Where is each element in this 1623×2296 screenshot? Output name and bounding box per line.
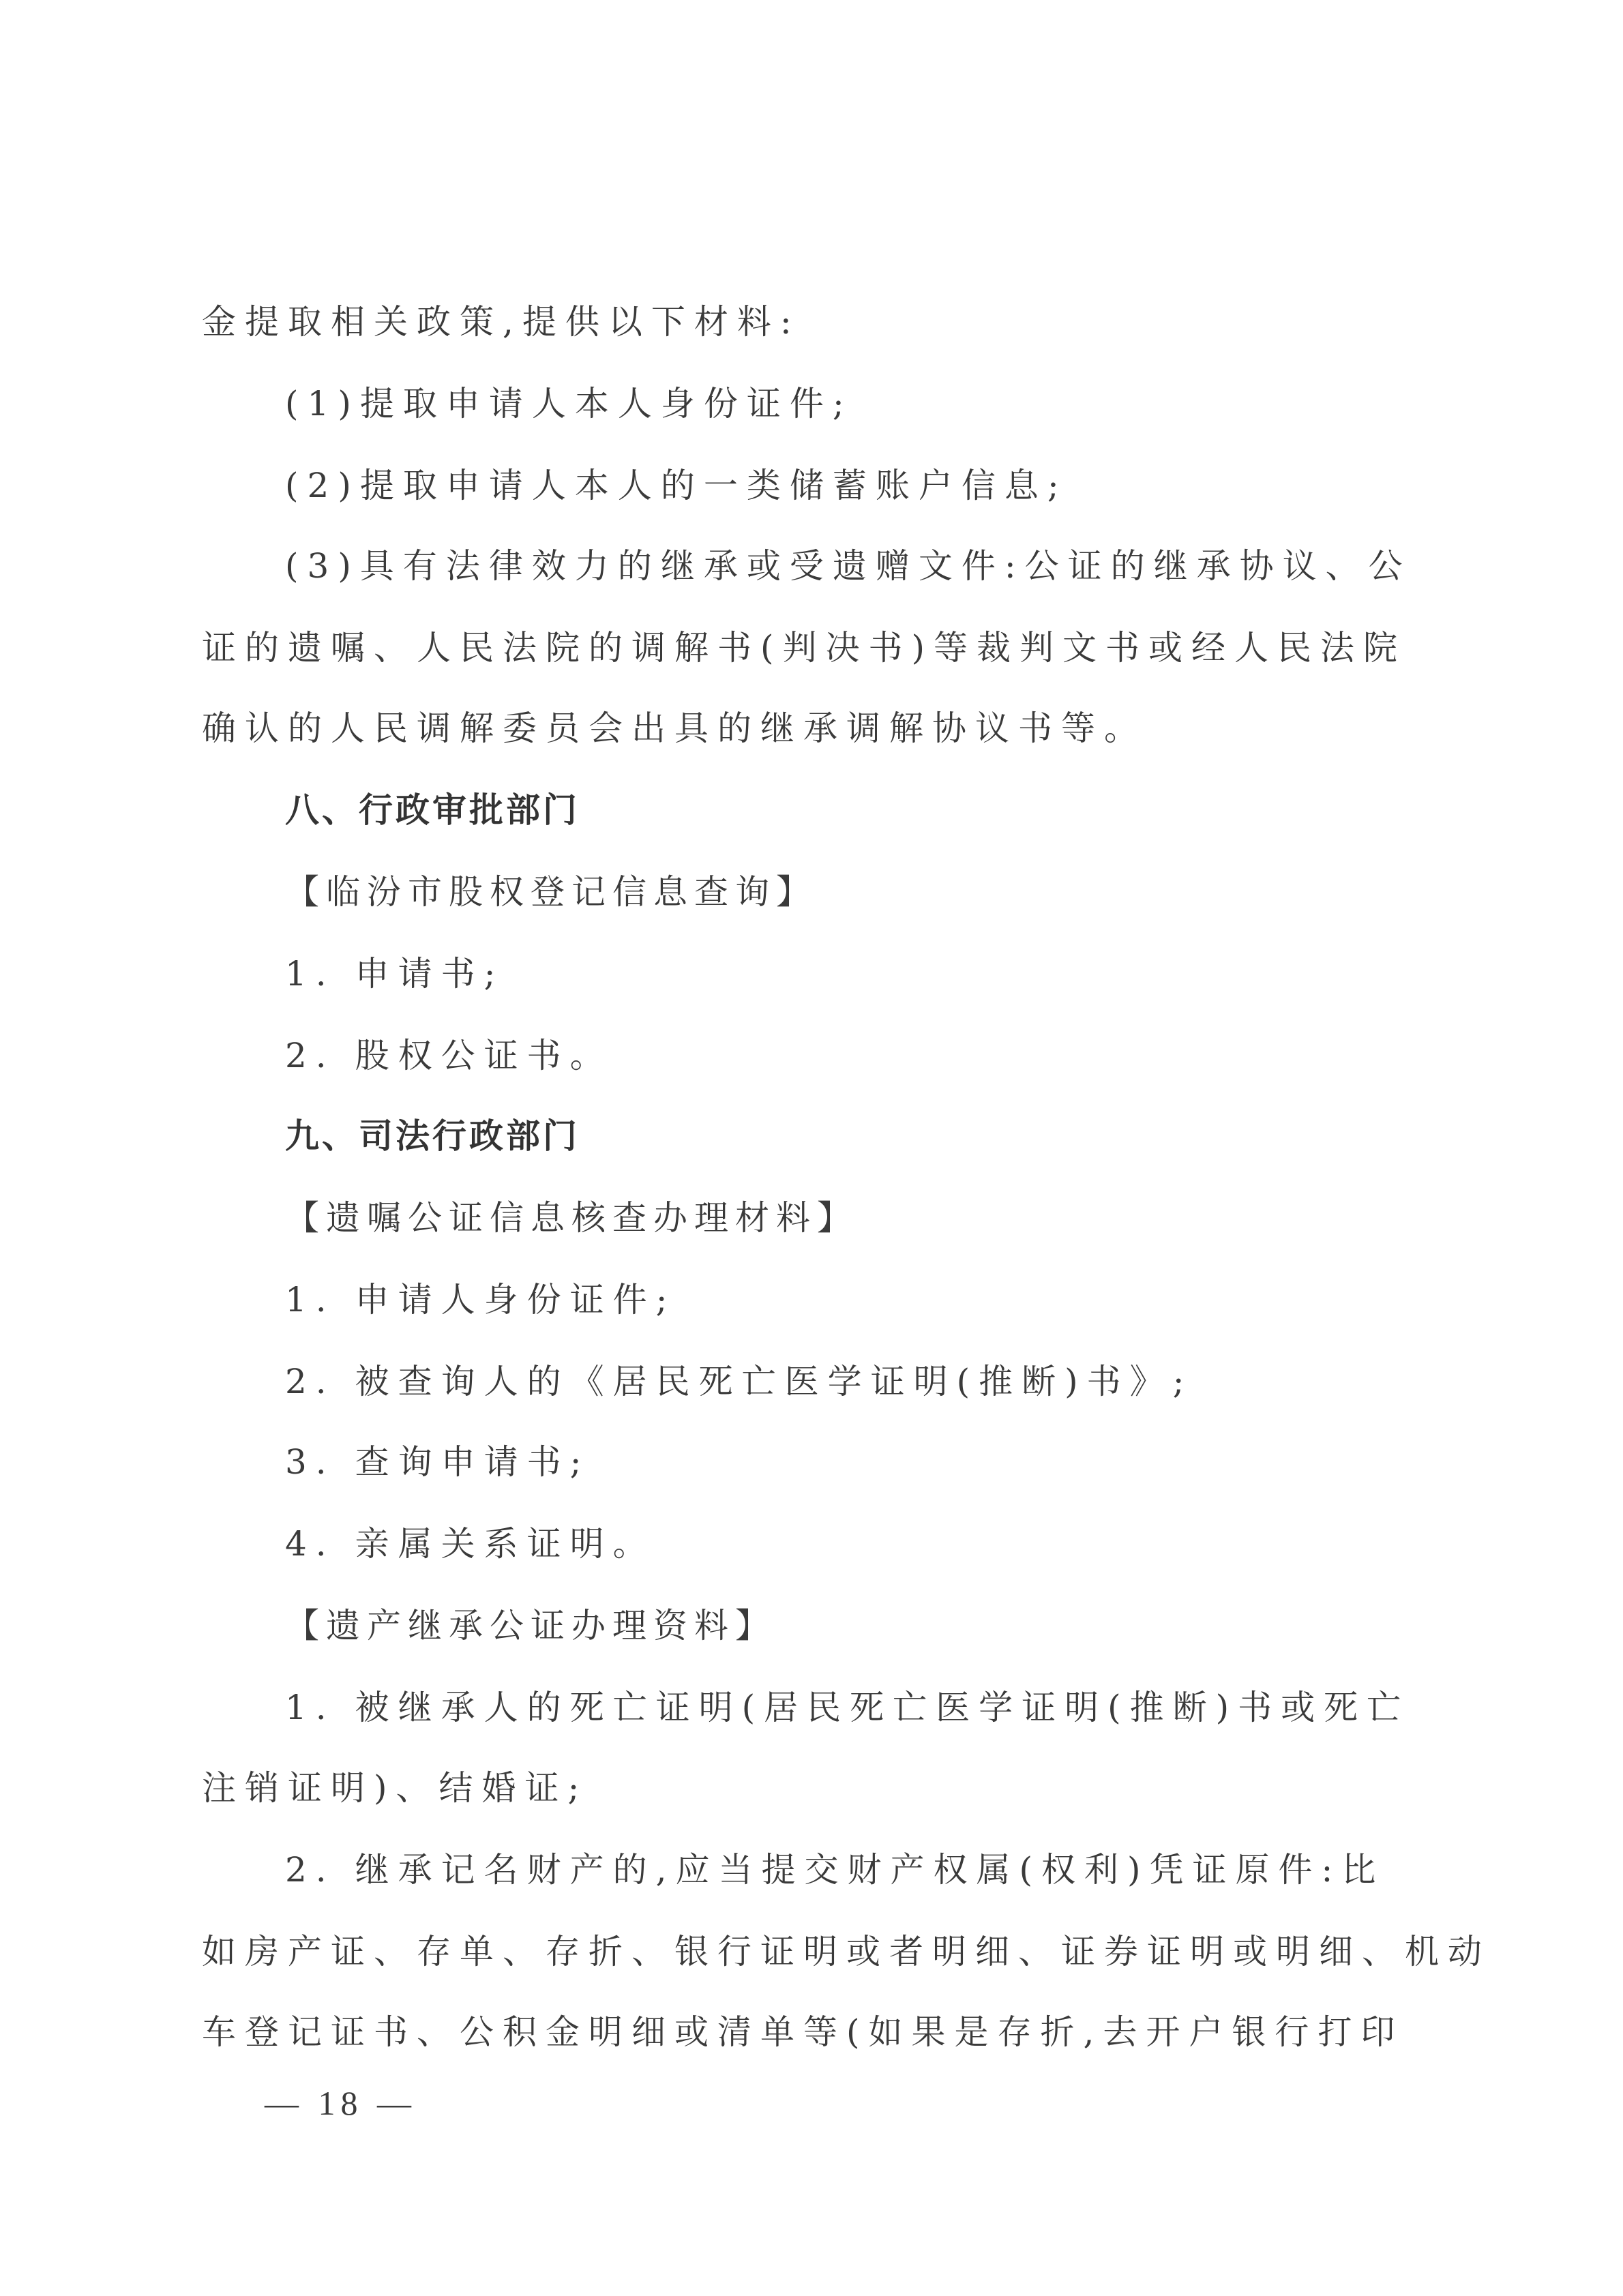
list-item: 1. 被继承人的死亡证明(居民死亡医学证明(推断)书或死亡 [285, 1686, 1485, 1729]
page-number: — 18 — [265, 2081, 417, 2125]
list-item: 3. 查询申请书; [285, 1440, 1485, 1484]
section-heading: 九、司法行政部门 [285, 1114, 1485, 1158]
list-item: 2. 继承记名财产的,应当提交财产权属(权利)凭证原件:比 [285, 1848, 1485, 1892]
list-item: 2. 股权公证书。 [285, 1034, 1485, 1077]
body-line: 车登记证书、公积金明细或清单等(如果是存折,去开户银行打印 [202, 2010, 1402, 2054]
list-item: (3)具有法律效力的继承或受遗赠文件:公证的继承协议、公 [285, 544, 1485, 588]
list-item: 2. 被查询人的《居民死亡医学证明(推断)书》; [285, 1360, 1485, 1403]
body-line: 证的遗嘱、人民法院的调解书(判决书)等裁判文书或经人民法院 [202, 626, 1402, 670]
list-item: 1. 申请书; [285, 952, 1485, 996]
subsection-title: 【遗产继承公证办理资料】 [285, 1604, 1485, 1648]
body-line: 确认的人民调解委员会出具的继承调解协议书等。 [202, 706, 1402, 750]
body-line: 金提取相关政策,提供以下材料: [202, 300, 1402, 344]
list-item: (1)提取申请人本人身份证件; [285, 382, 1485, 426]
list-item: (2)提取申请人本人的一类储蓄账户信息; [285, 464, 1485, 507]
body-line: 如房产证、存单、存折、银行证明或者明细、证券证明或明细、机动 [202, 1930, 1402, 1973]
body-line: 注销证明)、结婚证; [202, 1766, 1402, 1810]
document-page: 金提取相关政策,提供以下材料: (1)提取申请人本人身份证件; (2)提取申请人… [0, 0, 1623, 2296]
section-heading: 八、行政审批部门 [285, 788, 1485, 832]
subsection-title: 【临汾市股权登记信息查询】 [285, 870, 1485, 914]
subsection-title: 【遗嘱公证信息核查办理材料】 [285, 1196, 1485, 1240]
list-item: 1. 申请人身份证件; [285, 1278, 1485, 1322]
list-item: 4. 亲属关系证明。 [285, 1522, 1485, 1566]
